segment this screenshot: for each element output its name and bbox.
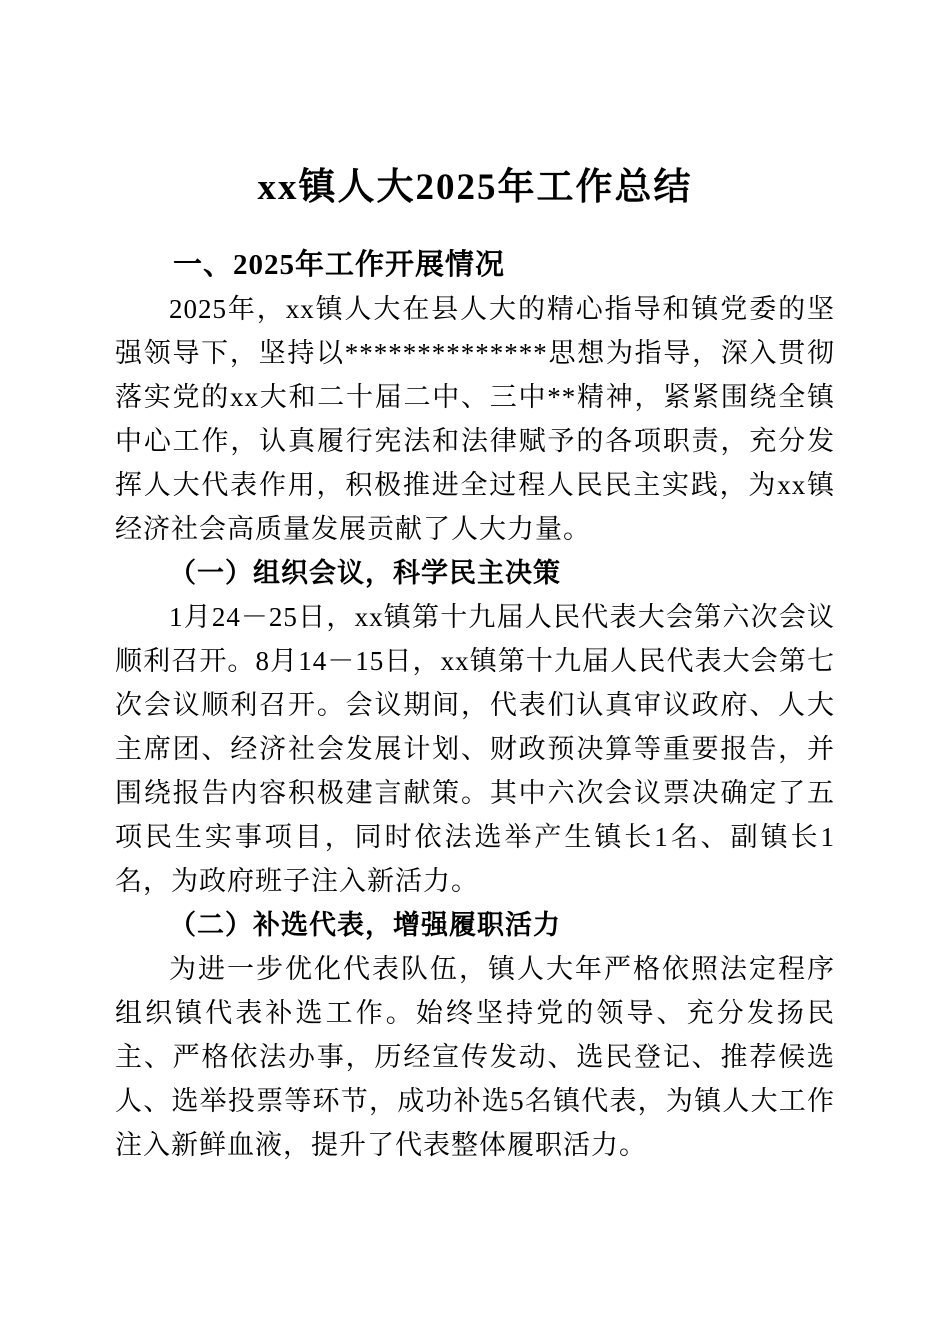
paragraph-meetings: 1月24－25日，xx镇第十九届人民代表大会第六次会议顺利召开。8月14－15日… [115,595,835,903]
paragraph-byelection: 为进一步优化代表队伍，镇人大年严格依照法定程序组织镇代表补选工作。始终坚持党的领… [115,947,835,1167]
document-title: xx镇人大2025年工作总结 [115,165,835,211]
subsection-heading-1: （一）组织会议，科学民主决策 [115,551,835,595]
section-heading-1: 一、2025年工作开展情况 [115,243,835,287]
subsection-heading-2: （二）补选代表，增强履职活力 [115,903,835,947]
document-page: xx镇人大2025年工作总结 一、2025年工作开展情况 2025年，xx镇人大… [0,0,950,1344]
paragraph-overview: 2025年，xx镇人大在县人大的精心指导和镇党委的坚强领导下，坚持以******… [115,287,835,551]
